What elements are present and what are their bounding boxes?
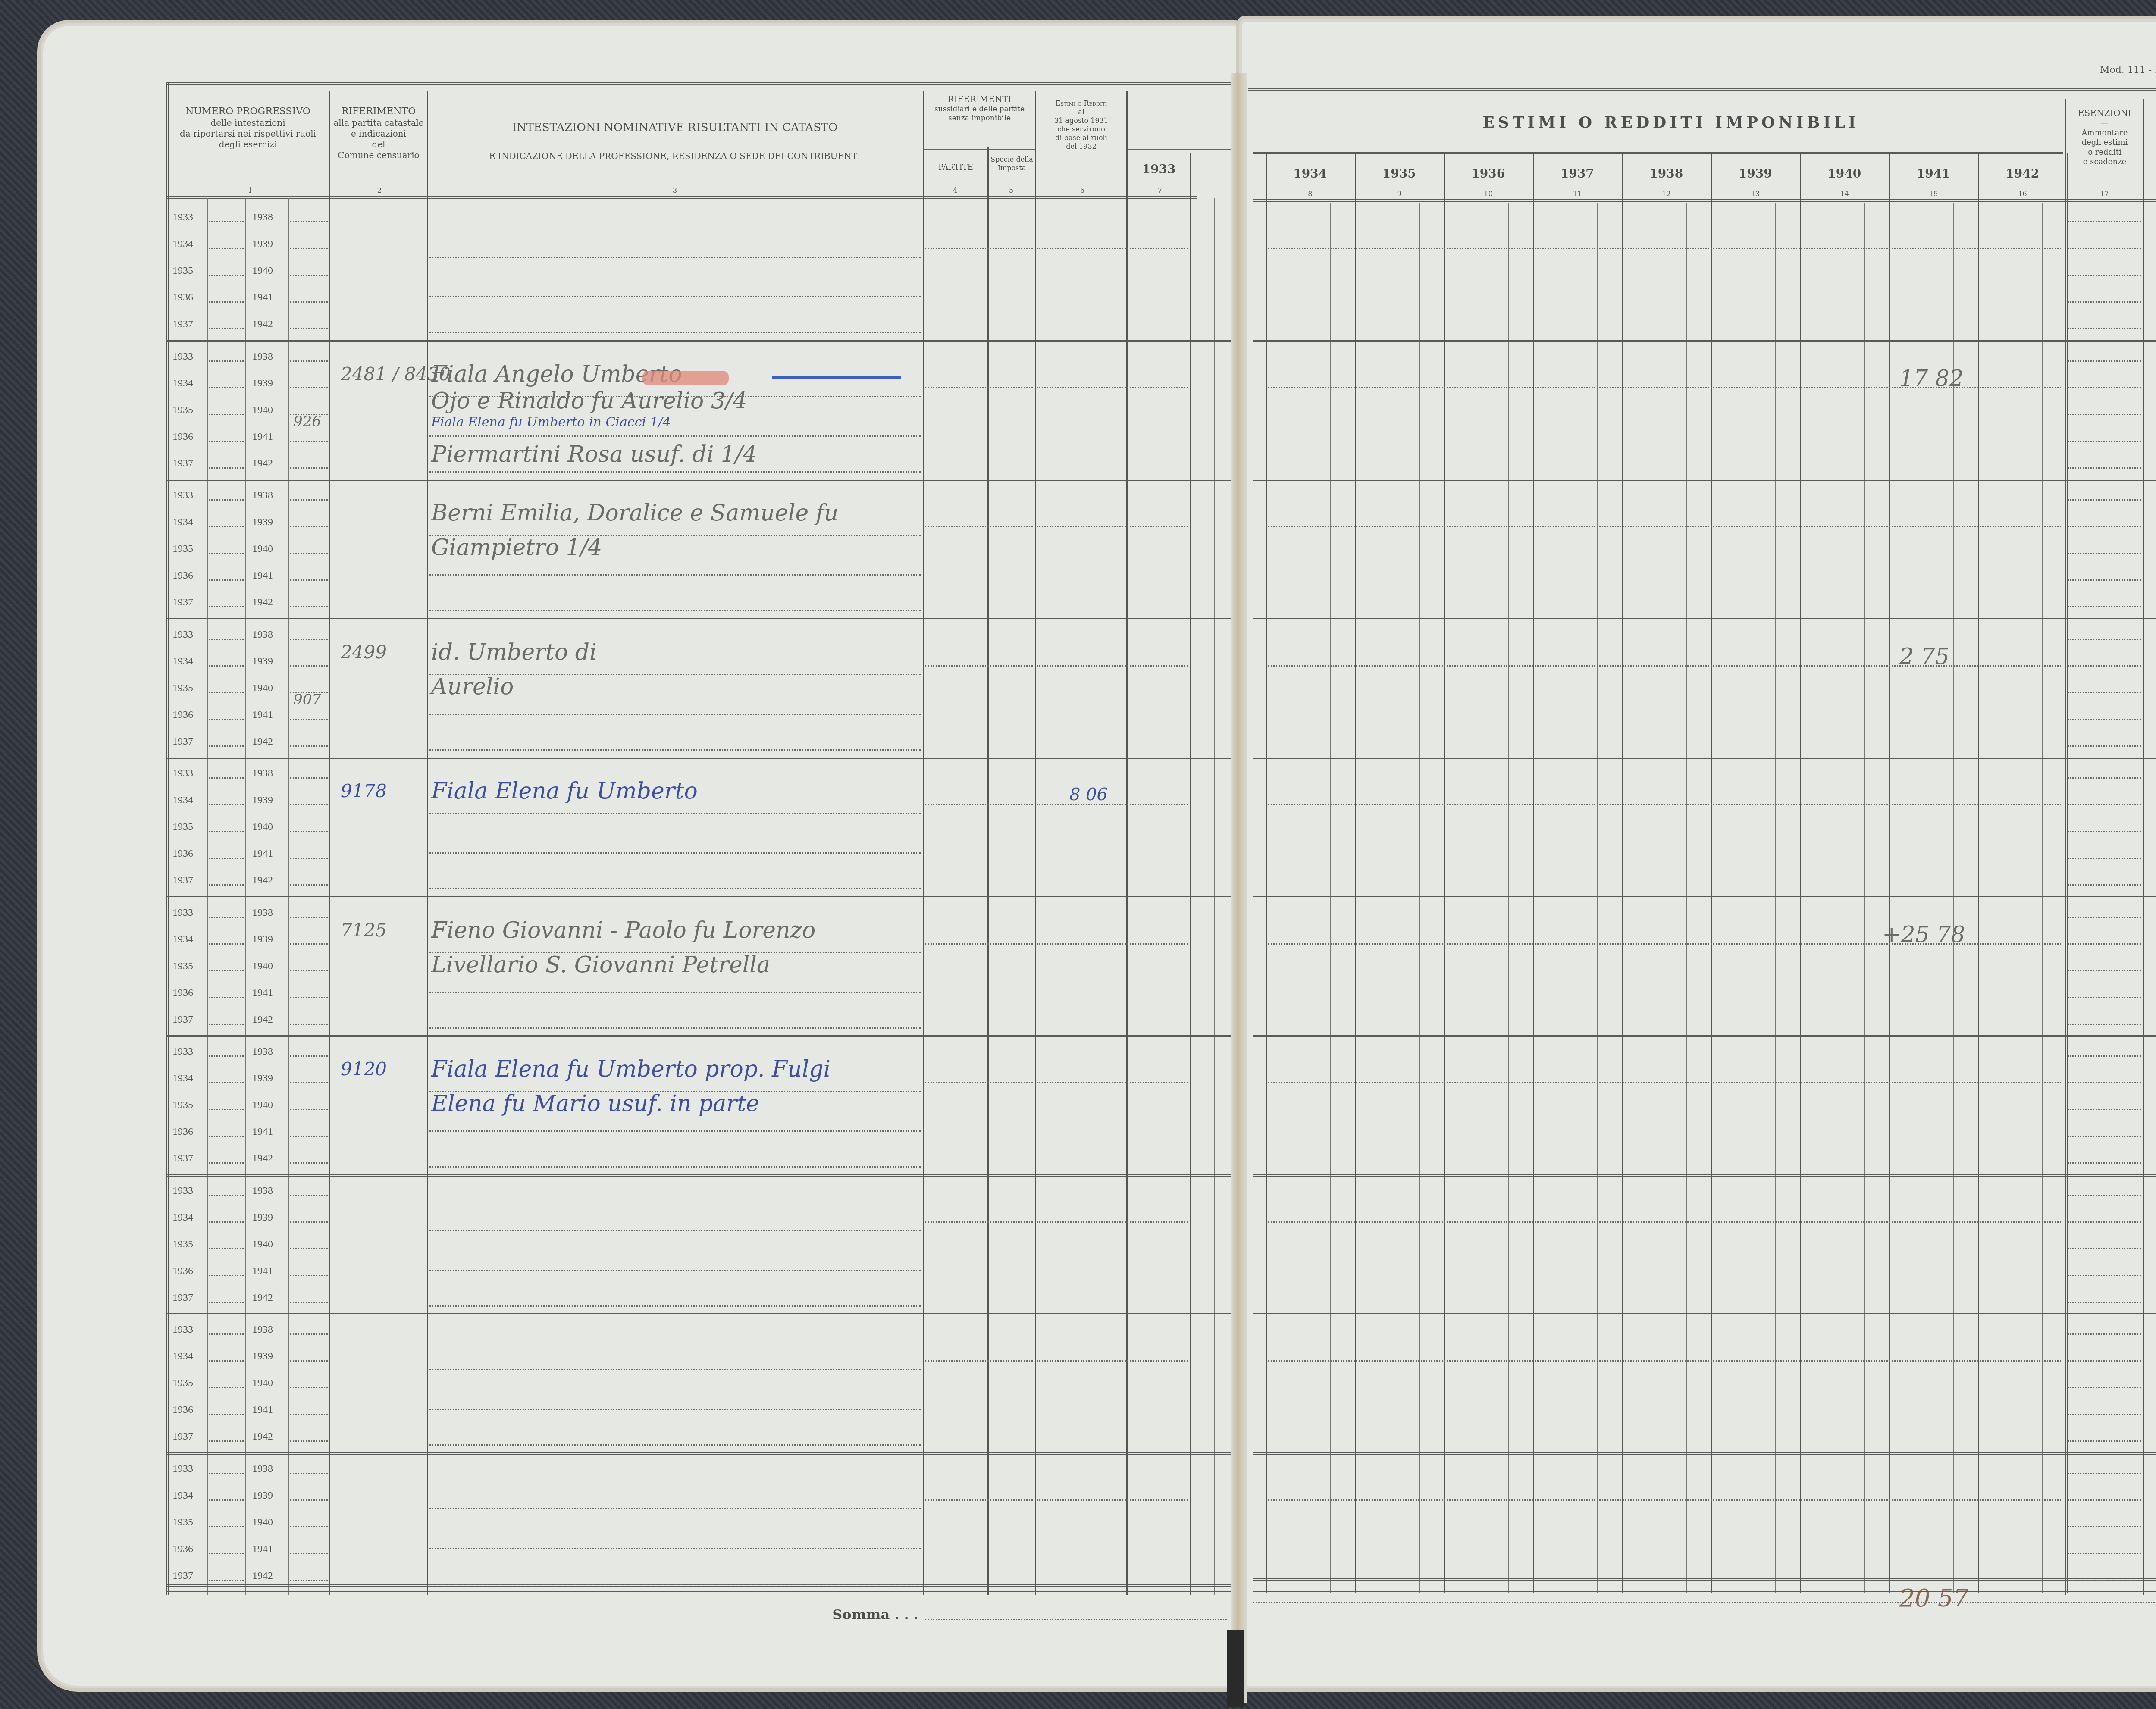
amount-fill-line — [1037, 1360, 1188, 1362]
col-divider — [1190, 153, 1191, 1595]
owner-name-line: Giampietro 1/4 — [431, 535, 602, 560]
amount-fill-line — [1037, 1499, 1188, 1501]
esenzioni-fill-line — [2068, 1195, 2141, 1196]
header-year-1936: 1936 — [1444, 166, 1533, 181]
esenzioni-fill-line — [2068, 553, 2141, 554]
entry-separator — [166, 479, 1231, 481]
progressive-number: 907 — [293, 691, 321, 708]
year-label: 1935 — [172, 821, 193, 833]
esenzioni-fill-line — [2068, 1082, 2141, 1083]
col-number: 7 — [1156, 186, 1164, 194]
esenzioni-fill-line — [2068, 1387, 2141, 1388]
year-fill-line — [209, 1580, 244, 1581]
name-fill-line — [429, 1548, 921, 1549]
year-fill-line — [209, 328, 244, 329]
left-border — [166, 82, 169, 1595]
year-label: 1933 — [172, 351, 193, 363]
year-fill-line — [209, 1136, 244, 1137]
entry-separator — [166, 1591, 1231, 1593]
year-label: 1935 — [172, 1099, 193, 1111]
year-fill-line — [209, 665, 244, 667]
year-label: 1937 — [172, 319, 193, 330]
esenzioni-fill-line — [2068, 1221, 2141, 1223]
year-fill-line — [290, 970, 328, 971]
year-fill-line — [290, 1136, 328, 1137]
year-label: 1939 — [252, 516, 273, 528]
year-label: 1934 — [172, 795, 193, 806]
year-label: 1941 — [252, 1404, 273, 1416]
year-label: 1936 — [172, 987, 193, 999]
owner-name-line: Piermartini Rosa usuf. di 1/4 — [431, 441, 757, 467]
amount-fill-line — [925, 1499, 1033, 1501]
years-top-rule — [1253, 152, 2063, 154]
year-label: 1937 — [172, 1431, 193, 1443]
year-fill-line — [290, 248, 328, 249]
year-label: 1935 — [172, 543, 193, 555]
owner-name-line: Ojo e Rinaldo fu Aurelio 3/4 — [431, 388, 747, 414]
year-label: 1939 — [252, 795, 273, 806]
year-label: 1938 — [252, 1185, 273, 1197]
year-fill-line — [290, 579, 328, 581]
entry-separator — [1253, 757, 2156, 759]
year-label: 1942 — [252, 736, 273, 748]
progressive-number: 926 — [293, 413, 321, 430]
subheader-rule — [1128, 149, 1231, 150]
header-year-1942: 1942 — [1978, 166, 2067, 181]
esenzioni-fill-line — [2068, 970, 2141, 971]
year-label: 1939 — [252, 1351, 273, 1362]
esenzioni-fill-line — [2068, 1275, 2141, 1276]
year-fill-line — [290, 884, 328, 886]
amount-fill-line — [925, 665, 1033, 667]
amount-fill-line — [925, 1360, 1033, 1362]
esenzioni-fill-line — [2068, 441, 2141, 442]
year-label: 1933 — [172, 907, 193, 919]
year-label: 1933 — [172, 212, 193, 223]
entry-separator — [166, 1452, 1231, 1455]
year-fill-line — [209, 1414, 244, 1415]
year-fill-line — [209, 831, 244, 832]
esenzioni-fill-line — [2068, 526, 2141, 527]
col-divider — [2065, 99, 2066, 1595]
owner-name-line: Fiala Elena fu Umberto in Ciacci 1/4 — [431, 415, 671, 430]
year-label: 1942 — [252, 1431, 273, 1443]
name-fill-line — [429, 1444, 921, 1446]
year-label: 1936 — [172, 848, 193, 860]
col-number: 5 — [1007, 186, 1015, 194]
year-fill-line — [290, 1526, 328, 1527]
year-fill-line — [209, 1024, 244, 1025]
estimo-1932-value: 8 06 — [1069, 785, 1108, 804]
name-fill-line — [429, 332, 921, 333]
header-col3-subtitle: E INDICAZIONE DELLA PROFESSIONE, RESIDEN… — [429, 151, 921, 162]
amount-fill-line — [1268, 1360, 2061, 1362]
esenzioni-line: o redditi — [2066, 148, 2143, 158]
year-fill-line — [290, 1387, 328, 1388]
col-number: 13 — [1751, 190, 1760, 198]
right-header-bottom-rule — [1253, 199, 2156, 202]
amount-fill-line — [1037, 943, 1188, 945]
year-fill-line — [209, 275, 244, 276]
header-col1-line: delle intestazioni — [170, 118, 326, 128]
esenzioni-fill-line — [2068, 1333, 2141, 1335]
col-number: 15 — [1929, 190, 1938, 198]
year-fill-line — [209, 1162, 244, 1164]
year-label: 1940 — [252, 1377, 273, 1389]
year-fill-line — [290, 1248, 328, 1249]
sum-dotline — [925, 1619, 1227, 1620]
year-label: 1940 — [252, 1517, 273, 1528]
year-label: 1942 — [252, 458, 273, 470]
year-fill-line — [209, 997, 244, 998]
amount-fill-line — [1037, 248, 1188, 249]
esenzioni-fill-line — [2068, 467, 2141, 469]
year-label: 1939 — [252, 378, 273, 389]
year-label: 1934 — [172, 378, 193, 389]
year-label: 1933 — [172, 768, 193, 779]
col-divider — [923, 91, 924, 1595]
year-label: 1942 — [252, 597, 273, 608]
year-label: 1937 — [172, 458, 193, 470]
esenzioni-fill-line — [2068, 248, 2141, 249]
col-number: 8 — [1306, 190, 1314, 198]
year-label: 1934 — [172, 1212, 193, 1224]
year-label: 1938 — [252, 1463, 273, 1475]
header-col1-line: degli esercizi — [170, 139, 326, 150]
amount-fill-line — [1037, 1221, 1188, 1223]
col-divider — [1035, 91, 1036, 1595]
amount-fill-line — [925, 387, 1033, 388]
year-col-divider — [1978, 153, 1979, 1593]
year-label: 1942 — [252, 1570, 273, 1582]
esenzioni-fill-line — [2068, 499, 2141, 501]
year-label: 1933 — [172, 629, 193, 641]
year-label: 1934 — [172, 238, 193, 250]
year-fill-line — [209, 1082, 244, 1083]
col-number: 3 — [671, 186, 679, 194]
year-fill-line — [290, 1082, 328, 1083]
esenzioni-fill-line — [2068, 606, 2141, 607]
entry-separator — [1253, 618, 2156, 620]
year-fill-line — [290, 441, 328, 442]
esenzioni-fill-line — [2068, 997, 2141, 998]
header-col2-line: alla partita catastale — [331, 118, 426, 128]
year-fill-line — [209, 360, 244, 362]
year-fill-line — [209, 970, 244, 971]
year-fill-line — [290, 1302, 328, 1303]
year-label: 1941 — [252, 848, 273, 860]
esenzioni-fill-line — [2068, 1302, 2141, 1303]
year-fill-line — [290, 1414, 328, 1415]
header-col1: NUMERO PROGRESSIVO delle intestazioni da… — [170, 106, 326, 150]
year-fill-line — [290, 1553, 328, 1554]
col-number: 16 — [2018, 190, 2027, 198]
esenzioni-line: Ammontare — [2066, 128, 2143, 138]
esenzioni-fill-line — [2068, 745, 2141, 747]
right-sum-rule — [1253, 1578, 2156, 1581]
year-fill-line — [290, 804, 328, 805]
year-label: 1937 — [172, 736, 193, 748]
year-fill-line — [209, 804, 244, 805]
year-fill-line — [290, 831, 328, 832]
year-label: 1937 — [172, 1153, 193, 1164]
owner-name-line: Aurelio — [431, 674, 514, 700]
esenzioni-fill-line — [2068, 692, 2141, 693]
esenzioni-fill-line — [2068, 1440, 2141, 1442]
year-col-divider — [1711, 153, 1712, 1593]
year-fill-line — [290, 943, 328, 945]
name-fill-line — [429, 1305, 921, 1307]
year-label: 1935 — [172, 265, 193, 277]
year-fill-line — [209, 1221, 244, 1223]
amount-fill-line — [925, 1082, 1033, 1083]
name-fill-line — [429, 1584, 921, 1585]
header-col6: Estimi o Redditi al 31 agosto 1931 che s… — [1036, 99, 1126, 151]
col-divider — [2143, 99, 2144, 1595]
year-fill-line — [290, 745, 328, 747]
red-strikethrough — [642, 371, 729, 385]
name-fill-line — [429, 471, 921, 473]
sum-value-1941: 20 57 — [1899, 1584, 1968, 1612]
partita-number: 2499 — [341, 642, 387, 663]
amount-fill-line — [1268, 804, 2061, 805]
header-col45: RIFERIMENTI sussidiari e delle partite s… — [924, 94, 1035, 123]
esenzioni-fill-line — [2068, 719, 2141, 720]
header-col6-title: Estimi o Redditi — [1036, 99, 1126, 108]
entry-separator — [1253, 1452, 2156, 1455]
year-fill-line — [209, 1302, 244, 1303]
entry-separator — [1253, 1591, 2156, 1593]
entry-separator — [1253, 1174, 2156, 1177]
owner-name-line: Fiala Elena fu Umberto prop. Fulgi — [431, 1056, 830, 1082]
year-fill-line — [290, 665, 328, 667]
col-number: 10 — [1484, 190, 1492, 198]
right-sum-dotline — [1253, 1602, 2156, 1603]
esenzioni-fill-line — [2068, 1248, 2141, 1249]
name-fill-line — [429, 1230, 921, 1231]
year-fill-line — [290, 387, 328, 388]
amount-fill-line — [1268, 526, 2061, 527]
header-partite: PARTITE — [924, 163, 987, 173]
name-fill-line — [429, 1409, 921, 1410]
year-label: 1940 — [252, 961, 273, 972]
amount-fill-line — [1037, 804, 1188, 805]
esenzioni-fill-line — [2068, 858, 2141, 859]
name-fill-line — [429, 1508, 921, 1509]
year-fill-line — [290, 221, 328, 222]
year-label: 1939 — [252, 1073, 273, 1084]
header-col6-line: al — [1036, 108, 1126, 116]
esenzioni-line: degli estimi — [2066, 138, 2143, 148]
esenzioni-fill-line — [2068, 387, 2141, 388]
year-fill-line — [290, 1221, 328, 1223]
year-label: 1935 — [172, 961, 193, 972]
year-label: 1940 — [252, 265, 273, 277]
entry-separator — [1253, 1035, 2156, 1037]
year-label: 1937 — [172, 1014, 193, 1026]
owner-name-line: Berni Emilia, Doralice e Samuele fu — [431, 500, 838, 526]
esenzioni-fill-line — [2068, 884, 2141, 886]
esenzioni-fill-line — [2068, 1024, 2141, 1025]
year-fill-line — [290, 526, 328, 527]
year-label: 1934 — [172, 516, 193, 528]
owner-name-line: Elena fu Mario usuf. in parte — [431, 1091, 759, 1117]
year-label: 1940 — [252, 682, 273, 694]
year-fill-line — [209, 606, 244, 607]
year-label: 1938 — [252, 212, 273, 223]
year-fill-line — [209, 526, 244, 527]
year-fill-line — [209, 1109, 244, 1110]
entry-separator — [1253, 896, 2156, 898]
header-year-1933: 1933 — [1128, 162, 1190, 177]
year-fill-line — [290, 360, 328, 362]
esenzioni-fill-line — [2068, 1414, 2141, 1415]
entry-separator — [1253, 340, 2156, 342]
header-year-1934: 1934 — [1266, 166, 1355, 181]
year-label: 1941 — [252, 1126, 273, 1138]
year-fill-line — [290, 1055, 328, 1057]
year-fill-line — [209, 858, 244, 859]
name-fill-line — [429, 852, 921, 854]
header-col1-line: da riportarsi nei rispettivi ruoli — [170, 128, 326, 139]
year-label: 1933 — [172, 1046, 193, 1058]
esenzioni-fill-line — [2068, 1553, 2141, 1554]
amount-fill-line — [925, 1221, 1033, 1223]
year-col-divider — [1800, 153, 1801, 1593]
year-label: 1935 — [172, 682, 193, 694]
year-label: 1934 — [172, 1490, 193, 1502]
header-year-1938: 1938 — [1622, 166, 1711, 181]
year-label: 1938 — [252, 629, 273, 641]
year-fill-line — [290, 499, 328, 501]
header-year-1937: 1937 — [1533, 166, 1622, 181]
year-fill-line — [209, 719, 244, 720]
name-fill-line — [429, 1166, 921, 1168]
col-number: 2 — [375, 186, 384, 194]
name-fill-line — [429, 1270, 921, 1271]
header-col6-line: 31 agosto 1931 — [1036, 116, 1126, 125]
year-col-divider — [1889, 153, 1890, 1593]
year-label: 1936 — [172, 570, 193, 582]
year-label: 1941 — [252, 1543, 273, 1555]
header-col45-title: RIFERIMENTI — [924, 94, 1035, 105]
year-fill-line — [209, 1055, 244, 1057]
year-fill-line — [209, 1499, 244, 1501]
year-label: 1936 — [172, 1265, 193, 1277]
year-label: 1934 — [172, 934, 193, 945]
esenzioni-line: e scadenze — [2066, 157, 2143, 167]
col-number: 4 — [951, 186, 959, 194]
esenzioni-fill-line — [2068, 360, 2141, 362]
year-label: 1940 — [252, 821, 273, 833]
year-label: 1934 — [172, 656, 193, 667]
esenzioni-fill-line — [2068, 1055, 2141, 1057]
year-label: 1941 — [252, 1265, 273, 1277]
esenzioni-fill-line — [2068, 414, 2141, 415]
year-fill-line — [290, 275, 328, 276]
header-col6-line: che servirono — [1036, 125, 1126, 134]
year-label: 1933 — [172, 490, 193, 501]
year-fill-line — [209, 943, 244, 945]
year-label: 1937 — [172, 1570, 193, 1582]
year-label: 1936 — [172, 1543, 193, 1555]
col-number: 6 — [1078, 186, 1087, 194]
year-fill-line — [209, 692, 244, 693]
year-label: 1938 — [252, 907, 273, 919]
year-fill-line — [209, 414, 244, 415]
year-label: 1940 — [252, 404, 273, 416]
year-fill-line — [209, 579, 244, 581]
year-fill-line — [290, 1499, 328, 1501]
year-fill-line — [209, 1195, 244, 1196]
header-col2-title: RIFERIMENTO — [331, 106, 426, 118]
name-fill-line — [429, 888, 921, 889]
year-label: 1936 — [172, 709, 193, 721]
year-fill-line — [209, 1360, 244, 1362]
redditi-1941-value: 17 82 — [1899, 366, 1964, 391]
partita-number: 9120 — [341, 1058, 387, 1080]
header-col2-line: Comune censuario — [331, 150, 426, 161]
year-label: 1939 — [252, 1490, 273, 1502]
year-label: 1942 — [252, 875, 273, 886]
year-label: 1936 — [172, 1404, 193, 1416]
amount-fill-line — [1037, 665, 1188, 667]
year-label: 1935 — [172, 1377, 193, 1389]
year-fill-line — [209, 221, 244, 222]
header-specie-imposta: Specie della Imposta — [989, 155, 1035, 172]
year-label: 1938 — [252, 768, 273, 779]
amount-fill-line — [925, 804, 1033, 805]
esenzioni-fill-line — [2068, 943, 2141, 945]
year-fill-line — [209, 1526, 244, 1527]
name-fill-line — [429, 749, 921, 751]
year-fill-line — [209, 1275, 244, 1276]
year-fill-line — [290, 997, 328, 998]
year-label: 1938 — [252, 1324, 273, 1336]
col-number: 9 — [1395, 190, 1404, 198]
esenzioni-fill-line — [2068, 328, 2141, 329]
esenzioni-fill-line — [2068, 804, 2141, 805]
amount-fill-line — [1037, 526, 1188, 527]
year-fill-line — [290, 1109, 328, 1110]
header-col2-line: e indicazioni — [331, 128, 426, 139]
year-fill-line — [290, 1473, 328, 1474]
year-label: 1935 — [172, 404, 193, 416]
right-page — [1242, 22, 2156, 1686]
name-fill-line — [429, 714, 921, 715]
sum-rule — [166, 1584, 1231, 1587]
header-top-rule — [166, 82, 1231, 85]
amount-fill-line — [1268, 1082, 2061, 1083]
esenzioni-fill-line — [2068, 579, 2141, 581]
esenzioni-title: ESENZIONI — [2066, 108, 2143, 119]
header-annotazioni: ANNOTAZIONI — [2145, 140, 2156, 154]
header-col6-line: di base ai ruoli — [1036, 134, 1126, 142]
year-label: 1938 — [252, 490, 273, 501]
year-fill-line — [209, 467, 244, 469]
year-label: 1933 — [172, 1463, 193, 1475]
year-fill-line — [290, 1580, 328, 1581]
year-fill-line — [209, 441, 244, 442]
year-fill-line — [290, 553, 328, 554]
name-fill-line — [429, 1369, 921, 1370]
year-label: 1937 — [172, 1292, 193, 1304]
year-col-divider — [1533, 153, 1534, 1593]
year-fill-line — [209, 248, 244, 249]
esenzioni-fill-line — [2068, 639, 2141, 640]
spine-shadow — [1227, 1630, 1244, 1707]
right-header-top-rule — [1248, 88, 2156, 91]
